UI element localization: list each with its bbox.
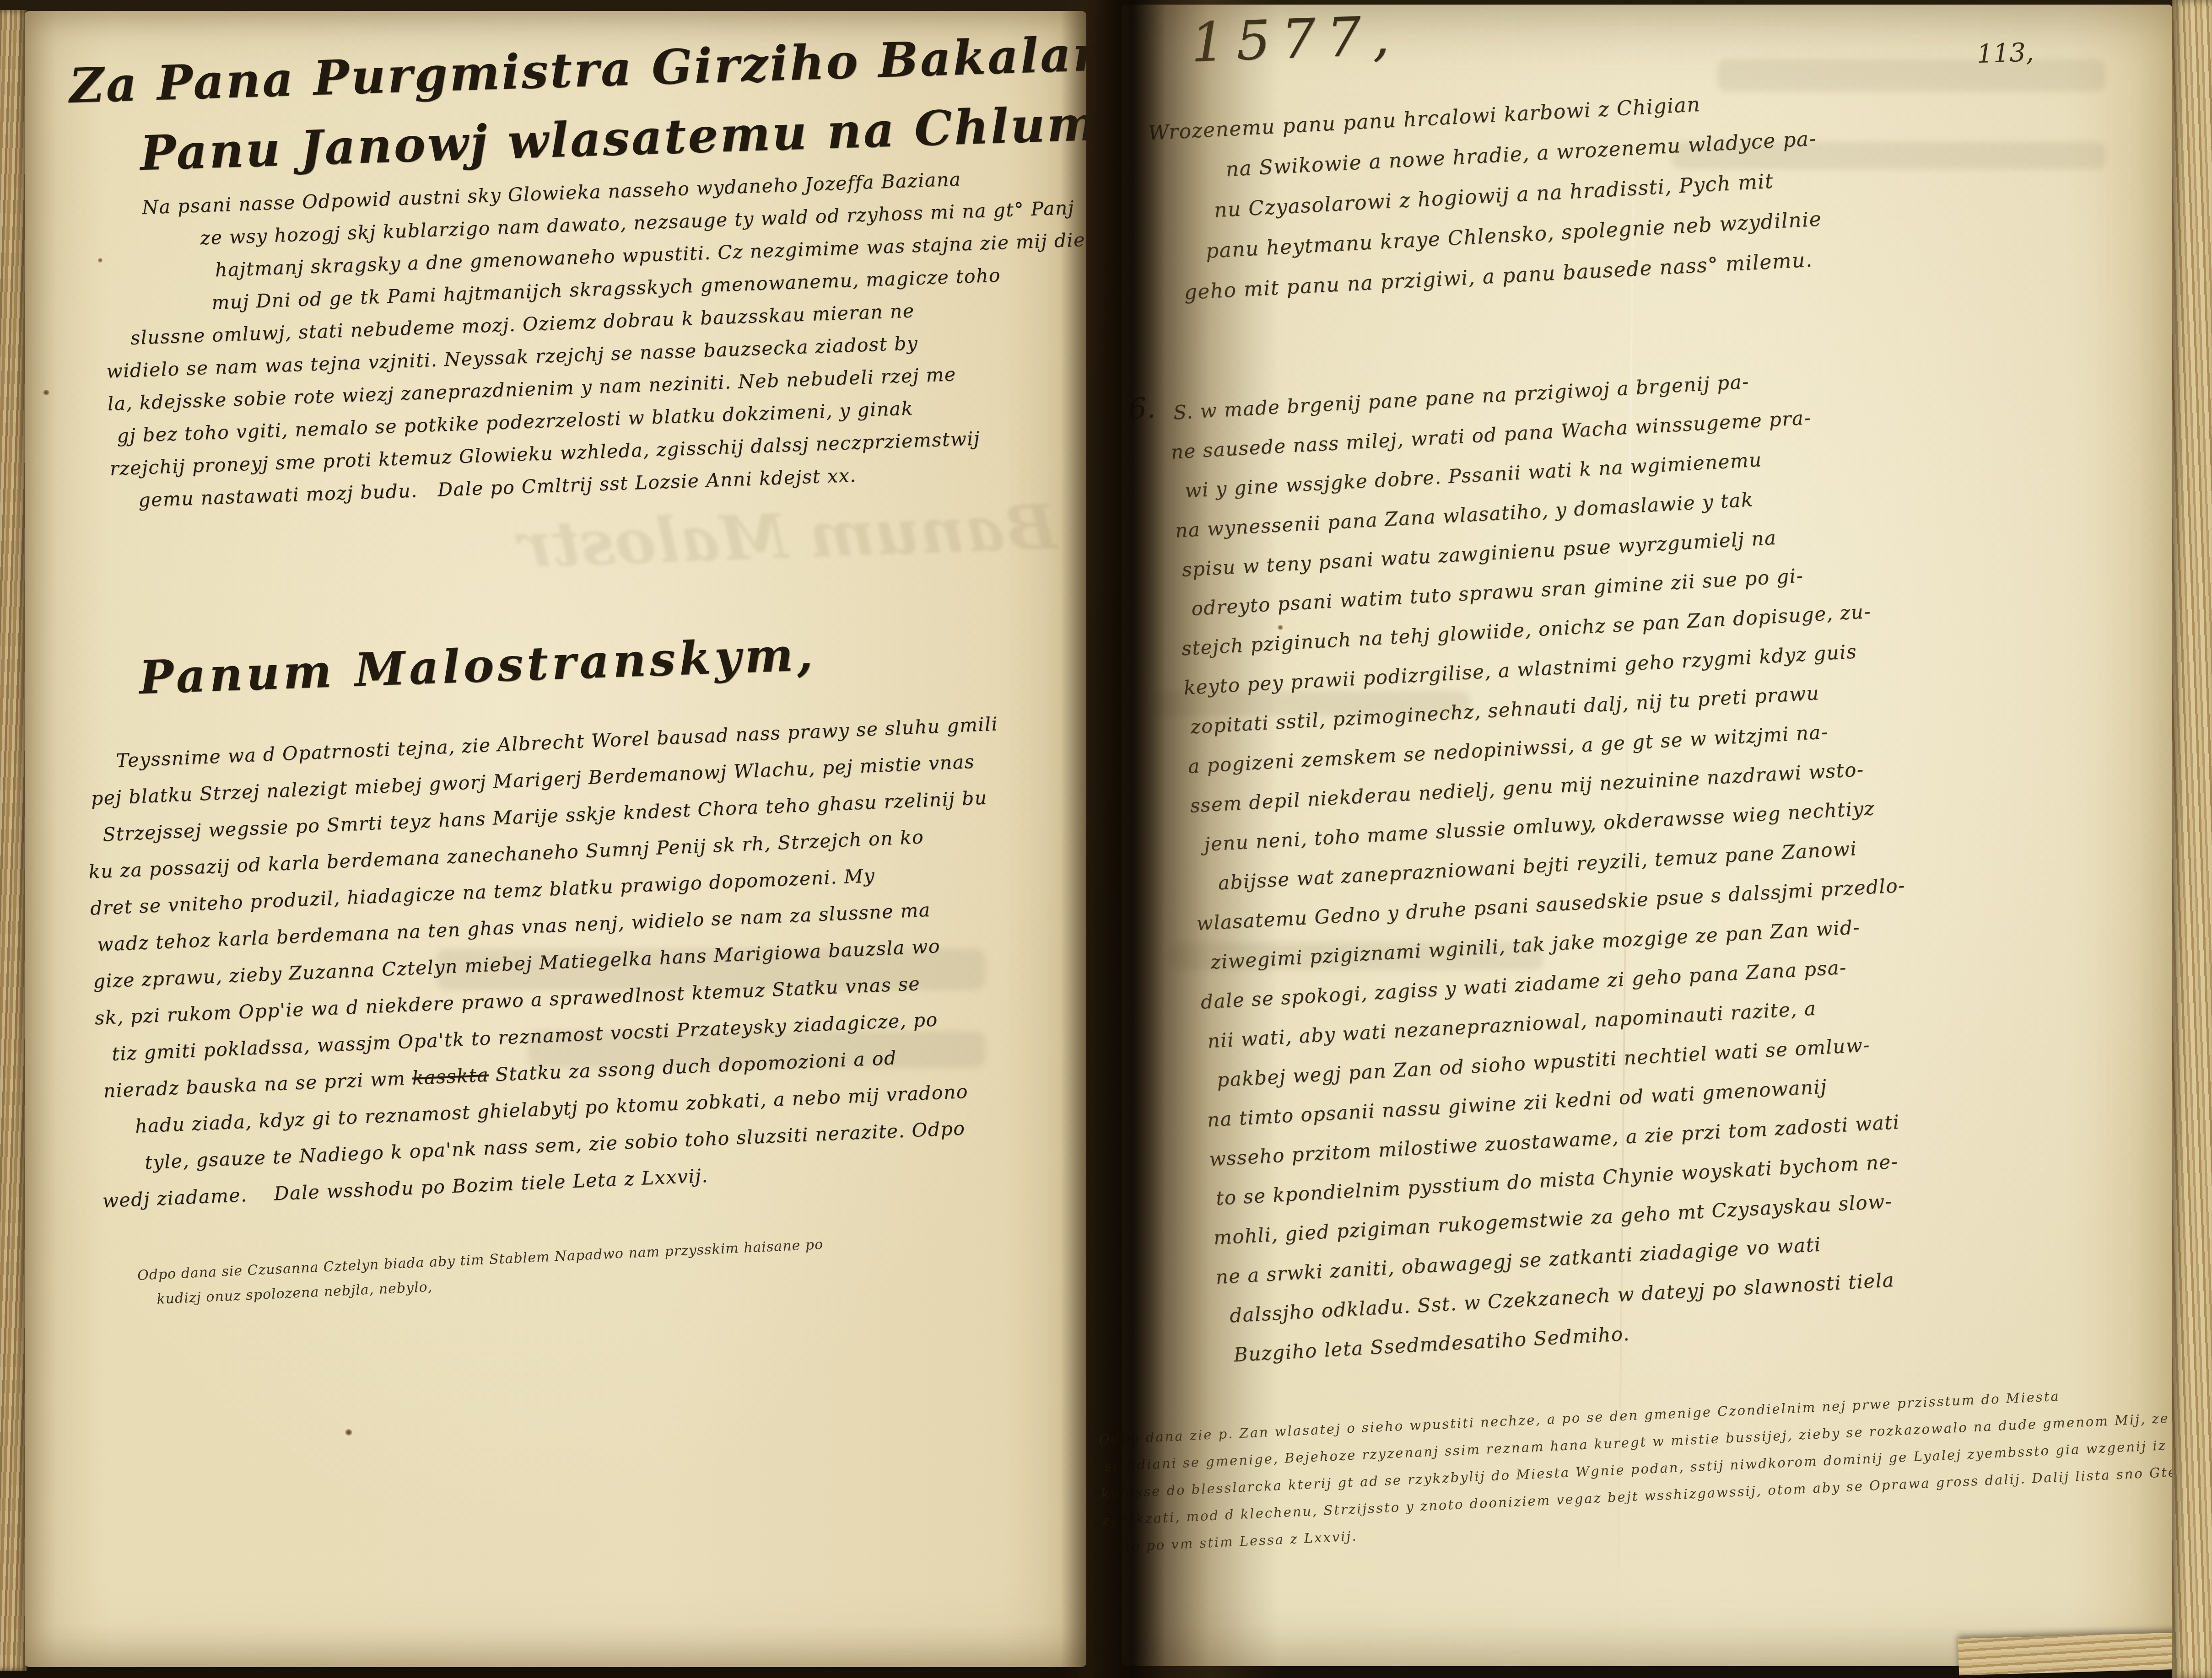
- text-segment: nieradz bauska na se przi wm: [103, 1067, 413, 1102]
- folio-page-number: 113,: [1976, 38, 2034, 69]
- left-page-title: Za Pana Purgmistra Girziho Bakalarze Pan…: [68, 13, 1292, 190]
- paper-stain: [1662, 1135, 1670, 1139]
- left-paragraph-1: Na psani nasse Odpowid austni sky Glowie…: [100, 159, 1095, 518]
- ink-showthrough-text: Banum Malostr: [518, 490, 1058, 582]
- page-edges-right: [2172, 0, 2212, 1678]
- right-paragraph-2: S. w made brgenij pane pane na przigiwoj…: [1168, 339, 2212, 1376]
- binding-edge-left: [0, 10, 27, 1671]
- struck-word: kasskta: [412, 1064, 490, 1089]
- year-heading: 1577,: [1190, 4, 1401, 74]
- paper-stain: [98, 258, 103, 263]
- item-number-marker: 6.: [1128, 391, 1156, 426]
- left-page: Za Pana Purgmistra Girziho Bakalarze Pan…: [25, 11, 1086, 1667]
- left-paragraph-2: Teyssnime wa d Opatrnosti tejna, zie Alb…: [83, 702, 1100, 1219]
- right-paragraph-1: Wrozenemu panu panu hrcalowi karbowi z C…: [1147, 61, 2163, 315]
- ink-speck: [345, 1429, 352, 1436]
- page-stack-corner: [1958, 1632, 2197, 1675]
- right-reply-note: Odpo dana zie p. Zan wlasatej o sieho wp…: [1098, 1377, 2192, 1561]
- section-heading-malostranskym: Panum Malostranskym,: [138, 627, 817, 705]
- left-reply-note: Odpo dana sie Czusanna Cztelyn biada aby…: [137, 1224, 1008, 1313]
- manuscript-scan: Za Pana Purgmistra Girziho Bakalarze Pan…: [0, 0, 2212, 1678]
- ink-speck: [43, 390, 49, 395]
- paper-stain: [1278, 625, 1283, 630]
- right-page: 1577, 113, Wrozenemu panu panu hrcalowi …: [1122, 5, 2173, 1666]
